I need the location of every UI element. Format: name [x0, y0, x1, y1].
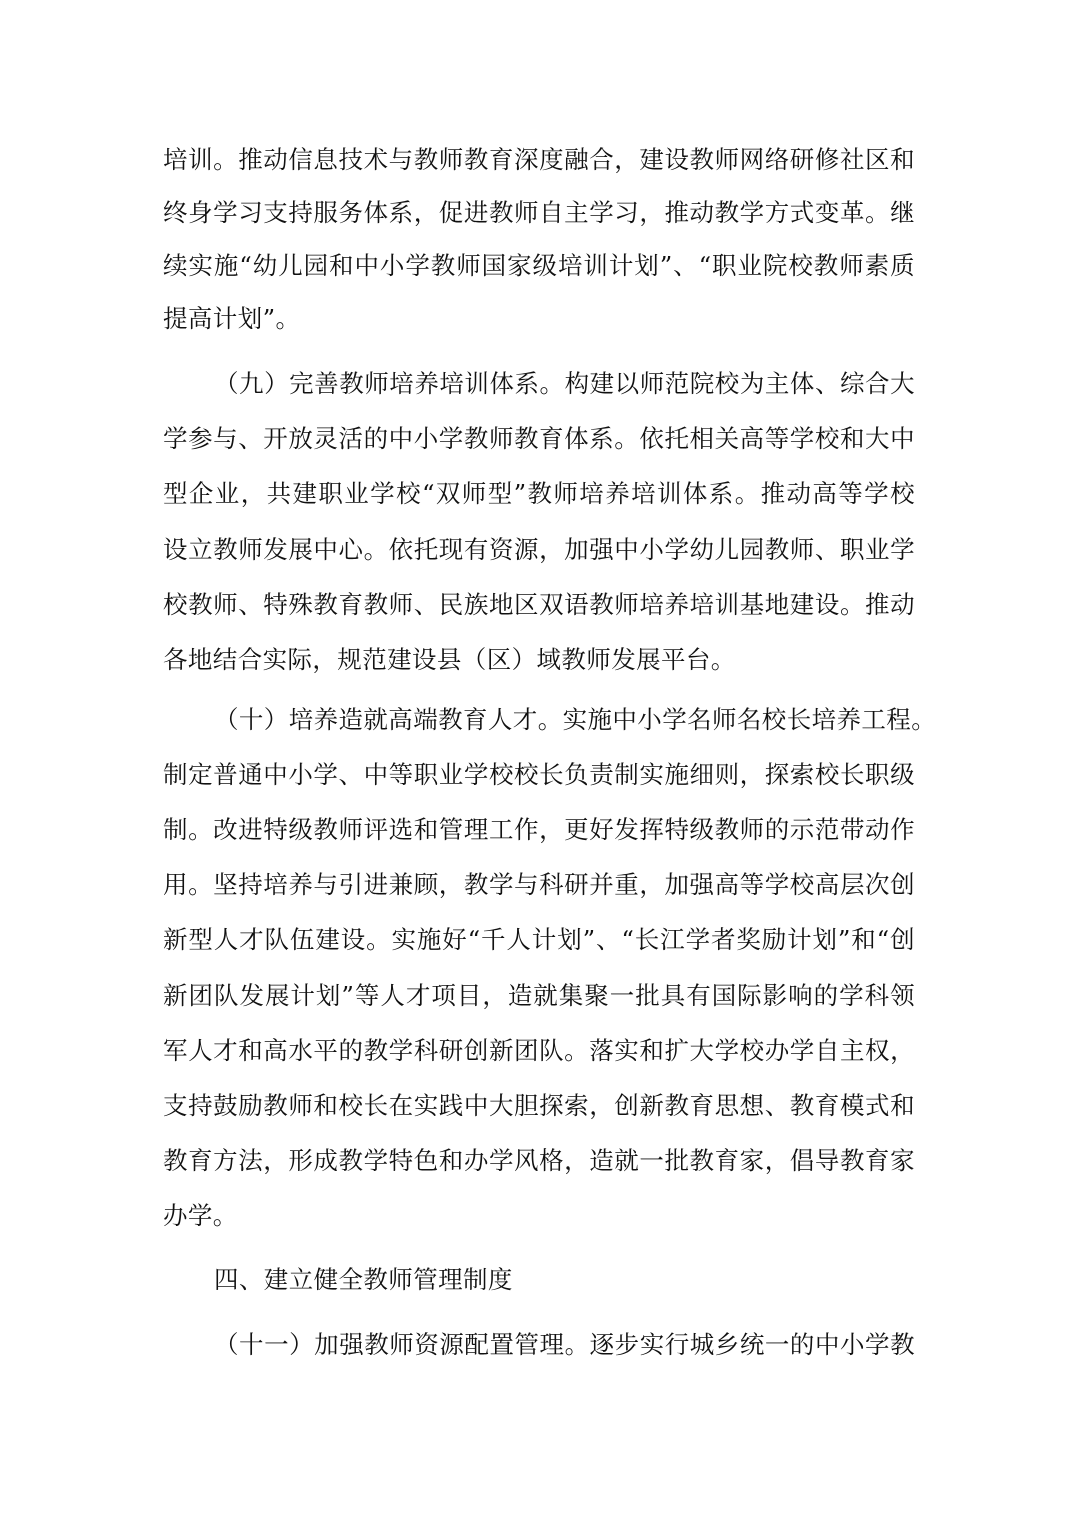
- paragraph-line: 型企业，共建职业学校“双师型”教师培养培训体系。推动高等学校: [163, 474, 915, 514]
- paragraph-line: 教育方法，形成教学特色和办学风格，造就一批教育家，倡导教育家: [163, 1141, 915, 1181]
- paragraph-line: 军人才和高水平的教学科研创新团队。落实和扩大学校办学自主权，: [163, 1031, 915, 1071]
- document-page: 培训。推动信息技术与教师教育深度融合，建设教师网络研修社区和 终身学习支持服务体…: [0, 0, 1074, 1520]
- paragraph-line: 制定普通中小学、中等职业学校校长负责制实施细则，探索校长职级: [163, 755, 915, 795]
- paragraph-line: 校教师、特殊教育教师、民族地区双语教师培养培训基地建设。推动: [163, 585, 915, 625]
- paragraph-line: 各地结合实际，规范建设县（区）域教师发展平台。: [163, 640, 915, 680]
- paragraph-line: 制。改进特级教师评选和管理工作，更好发挥特级教师的示范带动作: [163, 810, 915, 850]
- paragraph-line: 新团队发展计划”等人才项目，造就集聚一批具有国际影响的学科领: [163, 976, 915, 1016]
- section-9-first-line: （九）完善教师培养培训体系。构建以师范院校为主体、综合大: [214, 364, 915, 404]
- paragraph-line: 新型人才队伍建设。实施好“千人计划”、“长江学者奖励计划”和“创: [163, 920, 915, 960]
- section-heading: 四、建立健全教师管理制度: [214, 1260, 966, 1300]
- paragraph-line: 续实施“幼儿园和中小学教师国家级培训计划”、“职业院校教师素质: [163, 246, 915, 286]
- paragraph-line: 培训。推动信息技术与教师教育深度融合，建设教师网络研修社区和: [163, 140, 915, 180]
- paragraph-line: 办学。: [163, 1196, 915, 1236]
- section-11-first-line: （十一）加强教师资源配置管理。逐步实行城乡统一的中小学教: [214, 1325, 915, 1365]
- paragraph-line: 终身学习支持服务体系，促进教师自主学习，推动教学方式变革。继: [163, 193, 915, 233]
- section-10-first-line: （十）培养造就高端教育人才。实施中小学名师名校长培养工程。: [214, 700, 915, 740]
- paragraph-line: 提高计划”。: [163, 299, 915, 339]
- paragraph-line: 学参与、开放灵活的中小学教师教育体系。依托相关高等学校和大中: [163, 419, 915, 459]
- paragraph-line: 支持鼓励教师和校长在实践中大胆探索，创新教育思想、教育模式和: [163, 1086, 915, 1126]
- paragraph-line: 用。坚持培养与引进兼顾，教学与科研并重，加强高等学校高层次创: [163, 865, 915, 905]
- paragraph-line: 设立教师发展中心。依托现有资源，加强中小学幼儿园教师、职业学: [163, 530, 915, 570]
